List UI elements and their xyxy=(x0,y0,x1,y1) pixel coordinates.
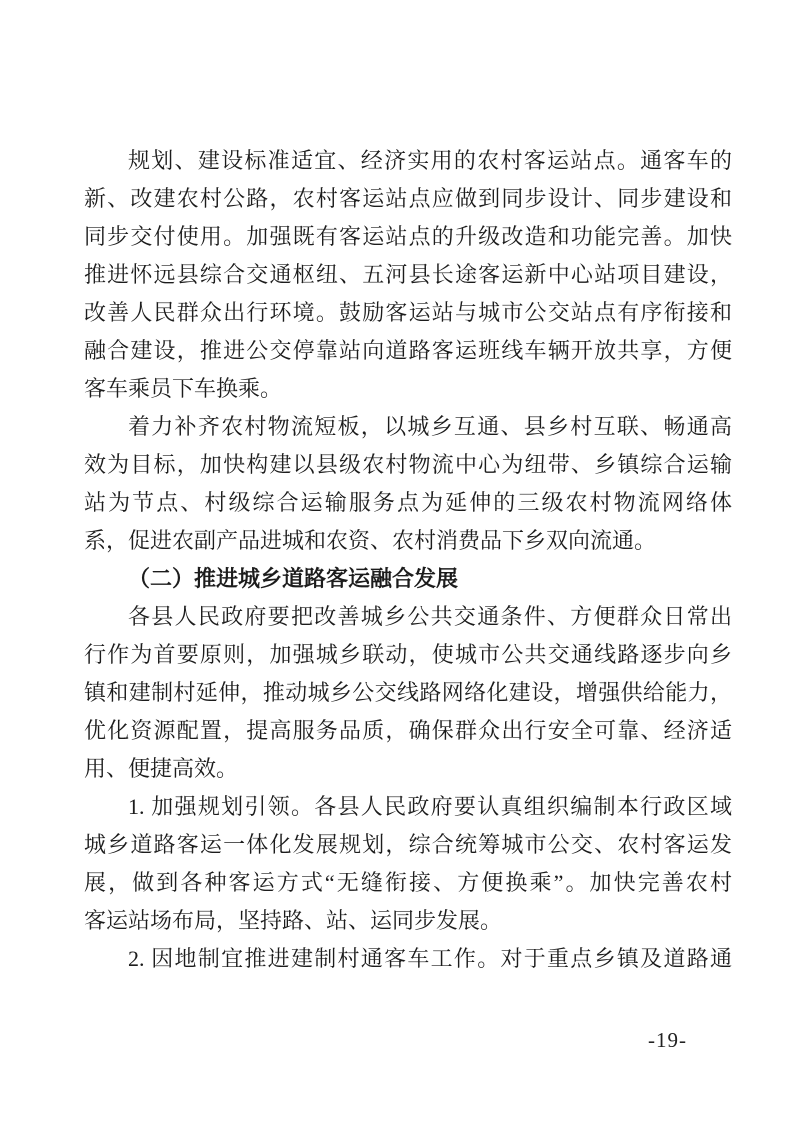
document-page: 规划、建设标准适宜、经济实用的农村客运站点。通客车的 新、改建农村公路，农村客运… xyxy=(0,0,794,1122)
text-line: 站为节点、村级综合运输服务点为延伸的三级农村物流网络体 xyxy=(84,484,732,522)
text-line: 效为目标，加快构建以县级农村物流中心为纽带、乡镇综合运输 xyxy=(84,446,732,484)
text-line: 同步交付使用。加强既有客运站点的升级改造和功能完善。加快 xyxy=(84,218,732,256)
document-text-block: 规划、建设标准适宜、经济实用的农村客运站点。通客车的 新、改建农村公路，农村客运… xyxy=(84,142,732,978)
text-line: 着力补齐农村物流短板，以城乡互通、县乡村互联、畅通高 xyxy=(84,408,732,446)
section-heading: （二）推进城乡道路客运融合发展 xyxy=(84,560,732,598)
text-line: 1. 加强规划引领。各县人民政府要认真组织编制本行政区域 xyxy=(84,788,732,826)
text-line: 行作为首要原则，加强城乡联动，使城市公共交通线路逐步向乡 xyxy=(84,636,732,674)
text-line: 系，促进农副产品进城和农资、农村消费品下乡双向流通。 xyxy=(84,522,732,560)
text-line: 城乡道路客运一体化发展规划，综合统筹城市公交、农村客运发 xyxy=(84,826,732,864)
text-line: 镇和建制村延伸，推动城乡公交线路网络化建设，增强供给能力， xyxy=(84,674,732,712)
text-line: 展，做到各种客运方式“无缝衔接、方便换乘”。加快完善农村 xyxy=(84,864,732,902)
text-line: 客运站场布局，坚持路、站、运同步发展。 xyxy=(84,902,732,940)
text-line: 规划、建设标准适宜、经济实用的农村客运站点。通客车的 xyxy=(84,142,732,180)
text-line: 2. 因地制宜推进建制村通客车工作。对于重点乡镇及道路通 xyxy=(84,940,732,978)
text-line: 改善人民群众出行环境。鼓励客运站与城市公交站点有序衔接和 xyxy=(84,294,732,332)
text-line: 优化资源配置，提高服务品质，确保群众出行安全可靠、经济适 xyxy=(84,712,732,750)
text-line: 融合建设，推进公交停靠站向道路客运班线车辆开放共享，方便 xyxy=(84,332,732,370)
text-line: 各县人民政府要把改善城乡公共交通条件、方便群众日常出 xyxy=(84,598,732,636)
paragraph-item-2-village-bus: 2. 因地制宜推进建制村通客车工作。对于重点乡镇及道路通 xyxy=(84,940,732,978)
text-line: 推进怀远县综合交通枢纽、五河县长途客运新中心站项目建设， xyxy=(84,256,732,294)
text-line: 新、改建农村公路，农村客运站点应做到同步设计、同步建设和 xyxy=(84,180,732,218)
paragraph-item-1-planning: 1. 加强规划引领。各县人民政府要认真组织编制本行政区域 城乡道路客运一体化发展… xyxy=(84,788,732,940)
text-line: 用、便捷高效。 xyxy=(84,750,732,788)
paragraph-station-construction: 规划、建设标准适宜、经济实用的农村客运站点。通客车的 新、改建农村公路，农村客运… xyxy=(84,142,732,408)
text-line: 客车乘员下车换乘。 xyxy=(84,370,732,408)
paragraph-rural-logistics: 着力补齐农村物流短板，以城乡互通、县乡村互联、畅通高 效为目标，加快构建以县级农… xyxy=(84,408,732,560)
paragraph-urban-rural-transit: 各县人民政府要把改善城乡公共交通条件、方便群众日常出 行作为首要原则，加强城乡联… xyxy=(84,598,732,788)
page-number: -19- xyxy=(648,1028,687,1053)
